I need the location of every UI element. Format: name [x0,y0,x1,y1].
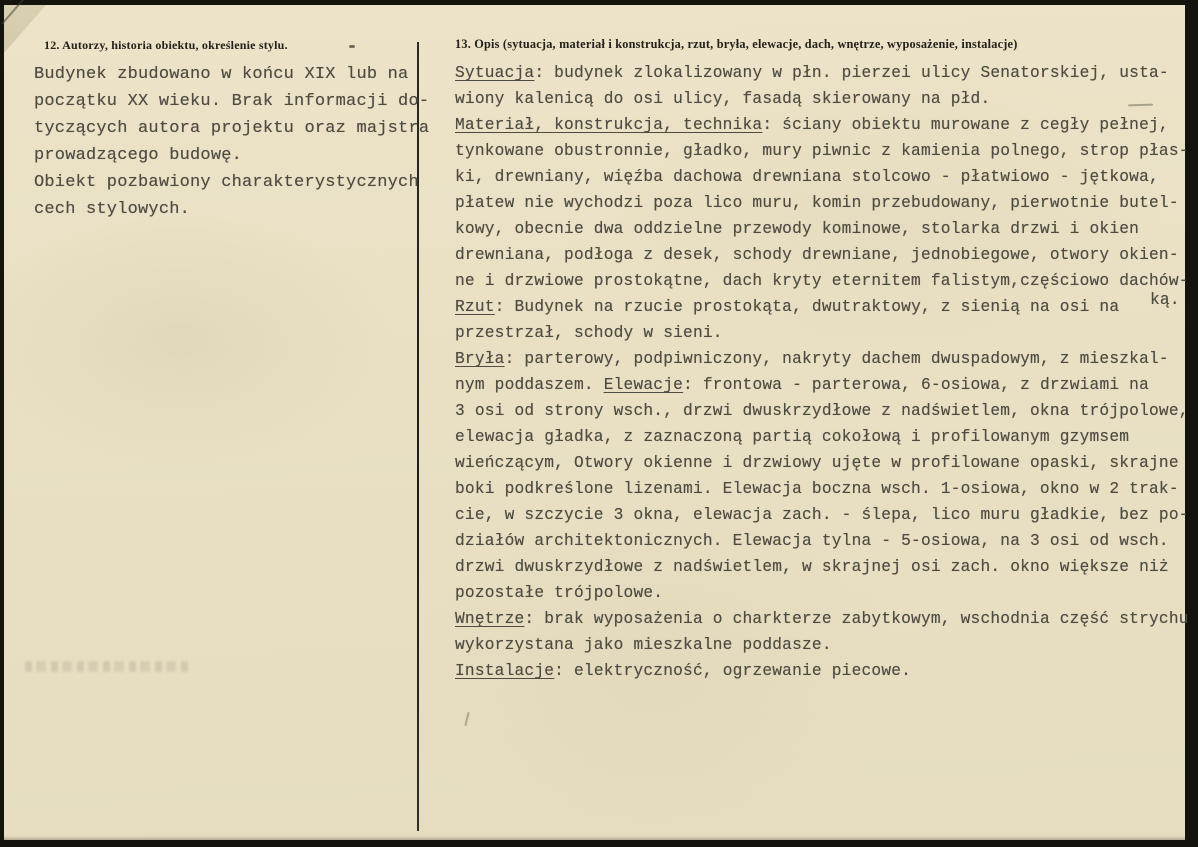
text-line: kowy, obecnie dwa oddzielne przewody kom… [455,216,1195,242]
text-line: cie, w szczycie 3 okna, elewacja zach. -… [455,502,1195,528]
text-line: Sytuacja: budynek zlokalizowany w płn. p… [455,60,1195,86]
text-line: początku XX wieku. Brak informacji do- [34,88,419,115]
text-line: przestrzał, schody w sieni. [455,320,1195,346]
text-line: Instalacje: elektryczność, ogrzewanie pi… [455,658,1195,684]
text-line: 3 osi od strony wsch., drzwi dwuskrzydło… [455,398,1195,424]
text-line: Wnętrze: brak wyposażenia o charkterze z… [455,606,1195,632]
hyphenated-word-overflow: ką. [1150,291,1180,309]
scanned-document: 12. Autorzy, historia obiektu, określeni… [0,0,1198,847]
text-line: elewacja gładka, z zaznaczoną partią cok… [455,424,1195,450]
text-line: Budynek zbudowano w końcu XIX lub na [34,61,419,88]
text-line: płatew nie wychodzi poza lico muru, komi… [455,190,1195,216]
text-line: prowadzącego budowę. [34,142,419,169]
text-line: wiony kalenicą do osi ulicy, fasadą skie… [455,86,1195,112]
text-line: Materiał, konstrukcja, technika: ściany … [455,112,1195,138]
text-line: cech stylowych. [34,196,419,223]
section-13-heading: 13. Opis (sytuacja, materiał i konstrukc… [455,37,1018,52]
text-line: Bryła: parterowy, podpiwniczony, nakryty… [455,346,1195,372]
section-12-heading: 12. Autorzy, historia obiektu, określeni… [44,38,288,53]
text-line: drewniana, podłoga z desek, schody drewn… [455,242,1195,268]
text-line: pozostałe trójpolowe. [455,580,1195,606]
text-line: boki podkreślone lizenami. Elewacja bocz… [455,476,1195,502]
text-line: nym poddaszem. Elewacje: frontowa - part… [455,372,1195,398]
section-13-typed-text: Sytuacja: budynek zlokalizowany w płn. p… [455,60,1195,684]
stray-ink-mark [349,45,355,48]
ink-bleed-through [25,661,190,672]
text-line: wieńczącym, Otwory okienne i drzwiowy uj… [455,450,1195,476]
text-line: tyczących autora projektu oraz majstra [34,115,419,142]
text-line: drzwi dwuskrzydłowe z nadświetlem, w skr… [455,554,1195,580]
text-line: ki, drewniany, więźba dachowa drewniana … [455,164,1195,190]
section-12-typed-text: Budynek zbudowano w końcu XIX lub napocz… [34,61,419,223]
text-line: Obiekt pozbawiony charakterystycznych [34,169,419,196]
text-line: ne i drzwiowe prostokątne, dach kryty et… [455,268,1195,294]
text-line: Rzut: Budynek na rzucie prostokąta, dwut… [455,294,1195,320]
paper-bottom-shadow [4,836,1185,840]
text-line: tynkowane obustronnie, gładko, mury piwn… [455,138,1195,164]
text-line: wykorzystana jako mieszkalne poddasze. [455,632,1195,658]
text-line: działów architektonicznych. Elewacja tyl… [455,528,1195,554]
